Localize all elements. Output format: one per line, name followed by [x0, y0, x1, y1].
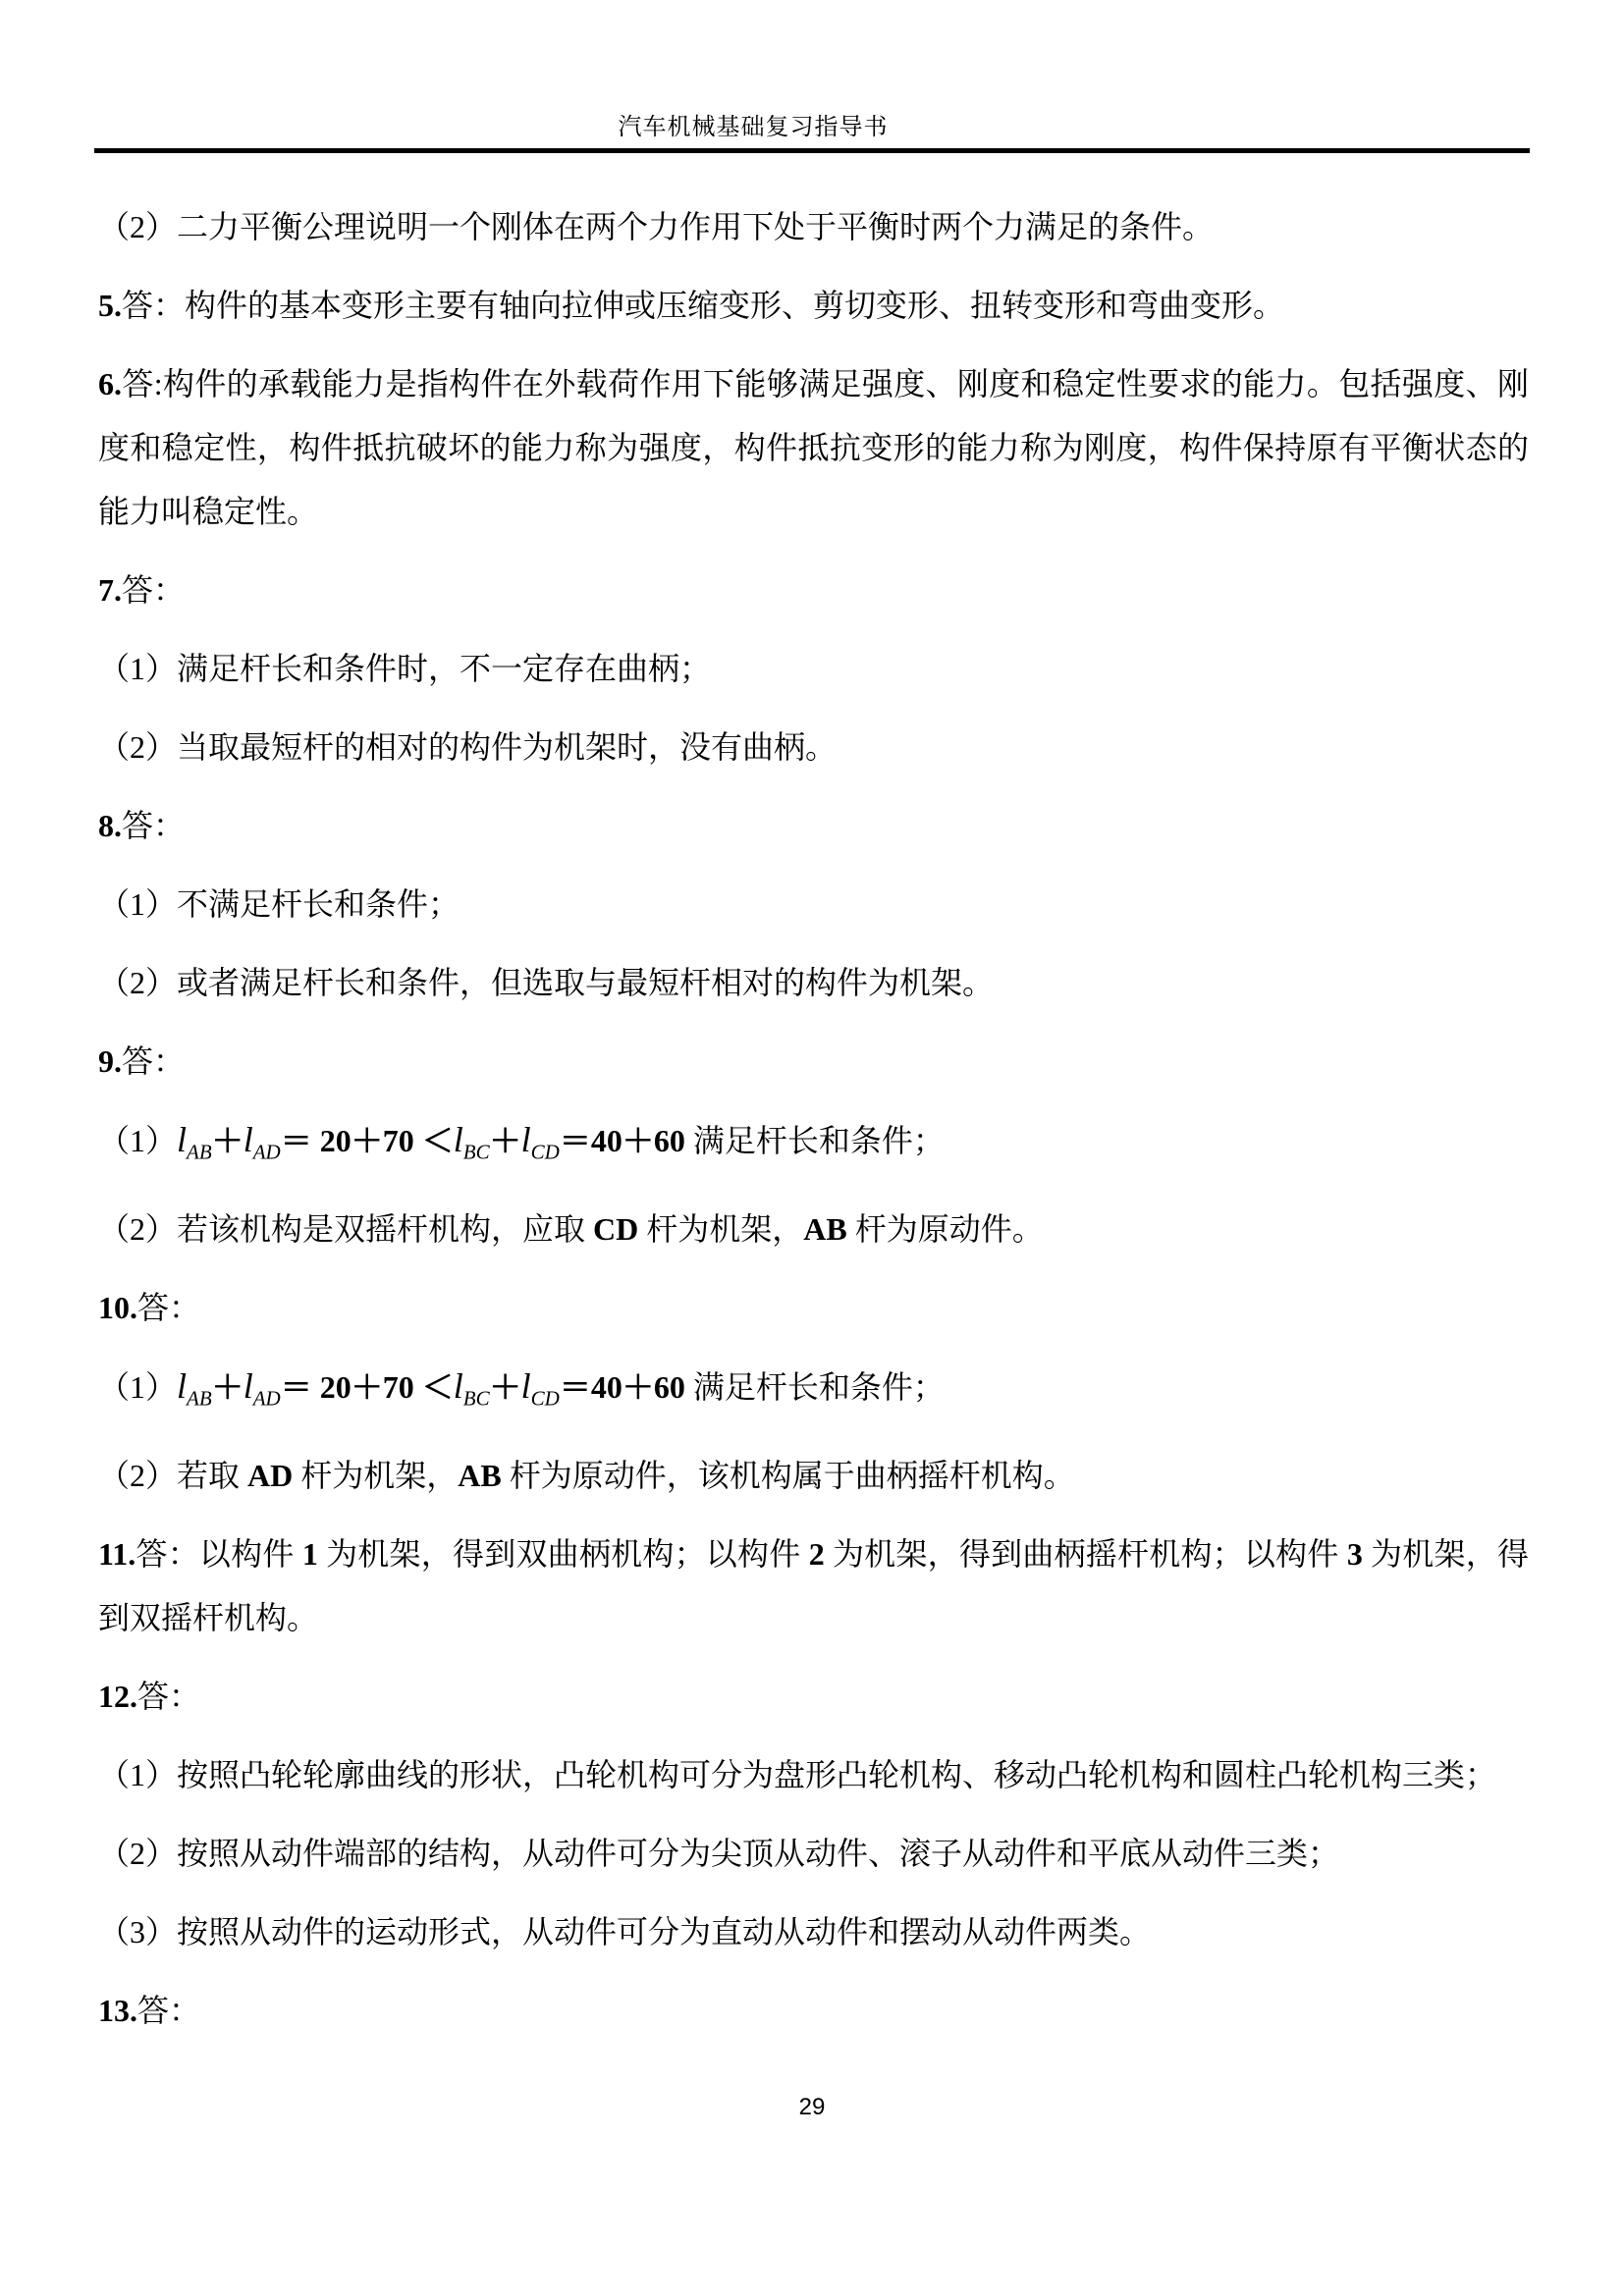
answer-9-item-2: （2）若该机构是双摇杆机构，应取 CD 杆为机架，AB 杆为原动件。	[98, 1198, 1529, 1261]
answer-12-item-2: （2）按照从动件端部的结构，从动件可分为尖顶从动件、滚子从动件和平底从动件三类；	[98, 1822, 1529, 1886]
formula-variable-l-CD: lCD	[521, 1369, 560, 1405]
page-header: 汽车机械基础复习指导书	[0, 0, 1624, 153]
answer-7-item-1: （1）满足杆长和条件时，不一定存在曲柄；	[98, 637, 1529, 701]
answer-8-item-1: （1）不满足杆长和条件；	[98, 873, 1529, 936]
answer-11: 11.答：以构件 1 为机架，得到双曲柄机构；以构件 2 为机架，得到曲柄摇杆机…	[98, 1522, 1529, 1650]
answer-8-item-2: （2）或者满足杆长和条件，但选取与最短杆相对的构件为机架。	[98, 951, 1529, 1015]
answer-10-item-2: （2）若取 AD 杆为机架，AB 杆为原动件，该机构属于曲柄摇杆机构。	[98, 1444, 1529, 1508]
answer-4-item-2: （2）二力平衡公理说明一个刚体在两个力作用下处于平衡时两个力满足的条件。	[98, 195, 1529, 259]
answer-8-label: 8.答：	[98, 794, 1529, 858]
answer-13-label: 13.答：	[98, 1979, 1529, 2043]
header-rule	[94, 148, 1530, 153]
formula-variable-l-AD: lAD	[244, 1123, 281, 1158]
document-body: （2）二力平衡公理说明一个刚体在两个力作用下处于平衡时两个力满足的条件。5.答：…	[98, 195, 1529, 2043]
answer-9-label: 9.答：	[98, 1030, 1529, 1094]
formula-variable-l-BC: lBC	[454, 1123, 490, 1158]
formula-variable-l-CD: lCD	[521, 1123, 560, 1158]
answer-10-label: 10.答：	[98, 1276, 1529, 1340]
page-header-title: 汽车机械基础复习指导书	[0, 0, 1624, 141]
answer-12-item-1: （1）按照凸轮轮廓曲线的形状，凸轮机构可分为盘形凸轮机构、移动凸轮机构和圆柱凸轮…	[98, 1743, 1529, 1807]
answer-7-label: 7.答：	[98, 559, 1529, 622]
page-footer: 29	[0, 2094, 1624, 2121]
answer-12-item-3: （3）按照从动件的运动形式，从动件可分为直动从动件和摆动从动件两类。	[98, 1900, 1529, 1964]
formula-variable-l-AB: lAB	[177, 1369, 212, 1405]
formula-variable-l-AD: lAD	[244, 1369, 281, 1405]
answer-6: 6.答:构件的承载能力是指构件在外载荷作用下能够满足强度、刚度和稳定性要求的能力…	[98, 352, 1529, 544]
answer-9-item-1: （1）lAB＋lAD＝ 20＋70 ＜lBC＋lCD＝40＋60 满足杆长和条件…	[98, 1108, 1529, 1173]
formula-variable-l-BC: lBC	[454, 1369, 490, 1405]
answer-12-label: 12.答：	[98, 1665, 1529, 1729]
page-number: 29	[799, 2094, 826, 2120]
formula-variable-l-AB: lAB	[177, 1123, 212, 1158]
answer-10-item-1: （1）lAB＋lAD＝ 20＋70 ＜lBC＋lCD＝40＋60 满足杆长和条件…	[98, 1355, 1529, 1419]
answer-7-item-2: （2）当取最短杆的相对的构件为机架时，没有曲柄。	[98, 716, 1529, 779]
answer-5: 5.答：构件的基本变形主要有轴向拉伸或压缩变形、剪切变形、扭转变形和弯曲变形。	[98, 274, 1529, 338]
